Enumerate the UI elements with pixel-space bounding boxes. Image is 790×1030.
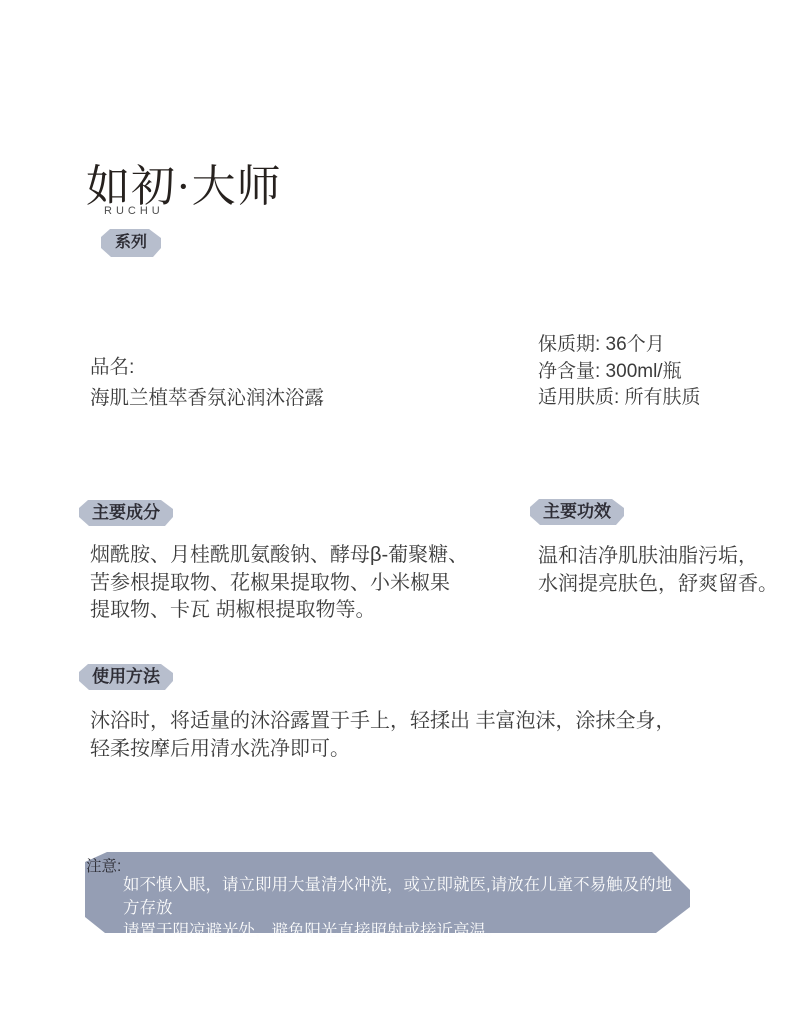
effects-title-badge: 主要功效 xyxy=(530,499,624,525)
effects-line: 水润提亮肤色，舒爽留香。 xyxy=(538,571,778,599)
product-name-label: 品名: xyxy=(90,352,324,383)
usage-title-badge: 使用方法 xyxy=(79,664,173,690)
series-badge: 系列 xyxy=(101,229,161,257)
product-info-sheet: 如初·大师 RUCHU 系列 品名: 海肌兰植萃香氛沁润沐浴露 保质期: 36个… xyxy=(0,0,790,1030)
usage-line: 轻柔按摩后用清水洗净即可。 xyxy=(90,736,676,764)
ingredients-title-badge: 主要成分 xyxy=(79,500,173,526)
ingredients-line: 苦参根提取物、花椒果提取物、小米椒果 xyxy=(90,570,468,598)
ingredients-line: 提取物、卡瓦 胡椒根提取物等。 xyxy=(90,597,468,625)
usage-line: 沐浴时，将适量的沐浴露置于手上，轻揉出 丰富泡沫，涂抹全身， xyxy=(90,708,676,736)
brand-logo-subtext: RUCHU xyxy=(104,205,164,217)
usage-text: 沐浴时，将适量的沐浴露置于手上，轻揉出 丰富泡沫，涂抹全身， 轻柔按摩后用清水洗… xyxy=(90,708,676,763)
ingredients-line: 烟酰胺、月桂酰肌氨酸钠、酵母β-葡聚糖、 xyxy=(90,542,468,570)
effects-line: 温和洁净肌肤油脂污垢， xyxy=(538,543,778,571)
notice-label: 注意: xyxy=(86,854,121,876)
effects-text: 温和洁净肌肤油脂污垢， 水润提亮肤色，舒爽留香。 xyxy=(538,543,778,598)
spec-skin-type: 适用肤质: 所有肤质 xyxy=(538,385,701,412)
spec-net-content: 净含量: 300ml/瓶 xyxy=(538,359,701,386)
notice-text: 如不慎入眼，请立即用大量清水冲洗，或立即就医,请放在儿童不易触及的地方存放 请置… xyxy=(123,874,683,943)
notice-line: 请置于阴凉避光处，避免阳光直接照射或接近高温。 xyxy=(123,920,683,943)
notice-line: 如不慎入眼，请立即用大量清水冲洗，或立即就医,请放在儿童不易触及的地方存放 xyxy=(123,874,683,920)
product-name-value: 海肌兰植萃香氛沁润沐浴露 xyxy=(90,383,324,414)
product-specs: 保质期: 36个月 净含量: 300ml/瓶 适用肤质: 所有肤质 xyxy=(538,332,701,412)
product-name-block: 品名: 海肌兰植萃香氛沁润沐浴露 xyxy=(90,352,324,414)
ingredients-text: 烟酰胺、月桂酰肌氨酸钠、酵母β-葡聚糖、 苦参根提取物、花椒果提取物、小米椒果 … xyxy=(90,542,468,625)
spec-shelf-life: 保质期: 36个月 xyxy=(538,332,701,359)
